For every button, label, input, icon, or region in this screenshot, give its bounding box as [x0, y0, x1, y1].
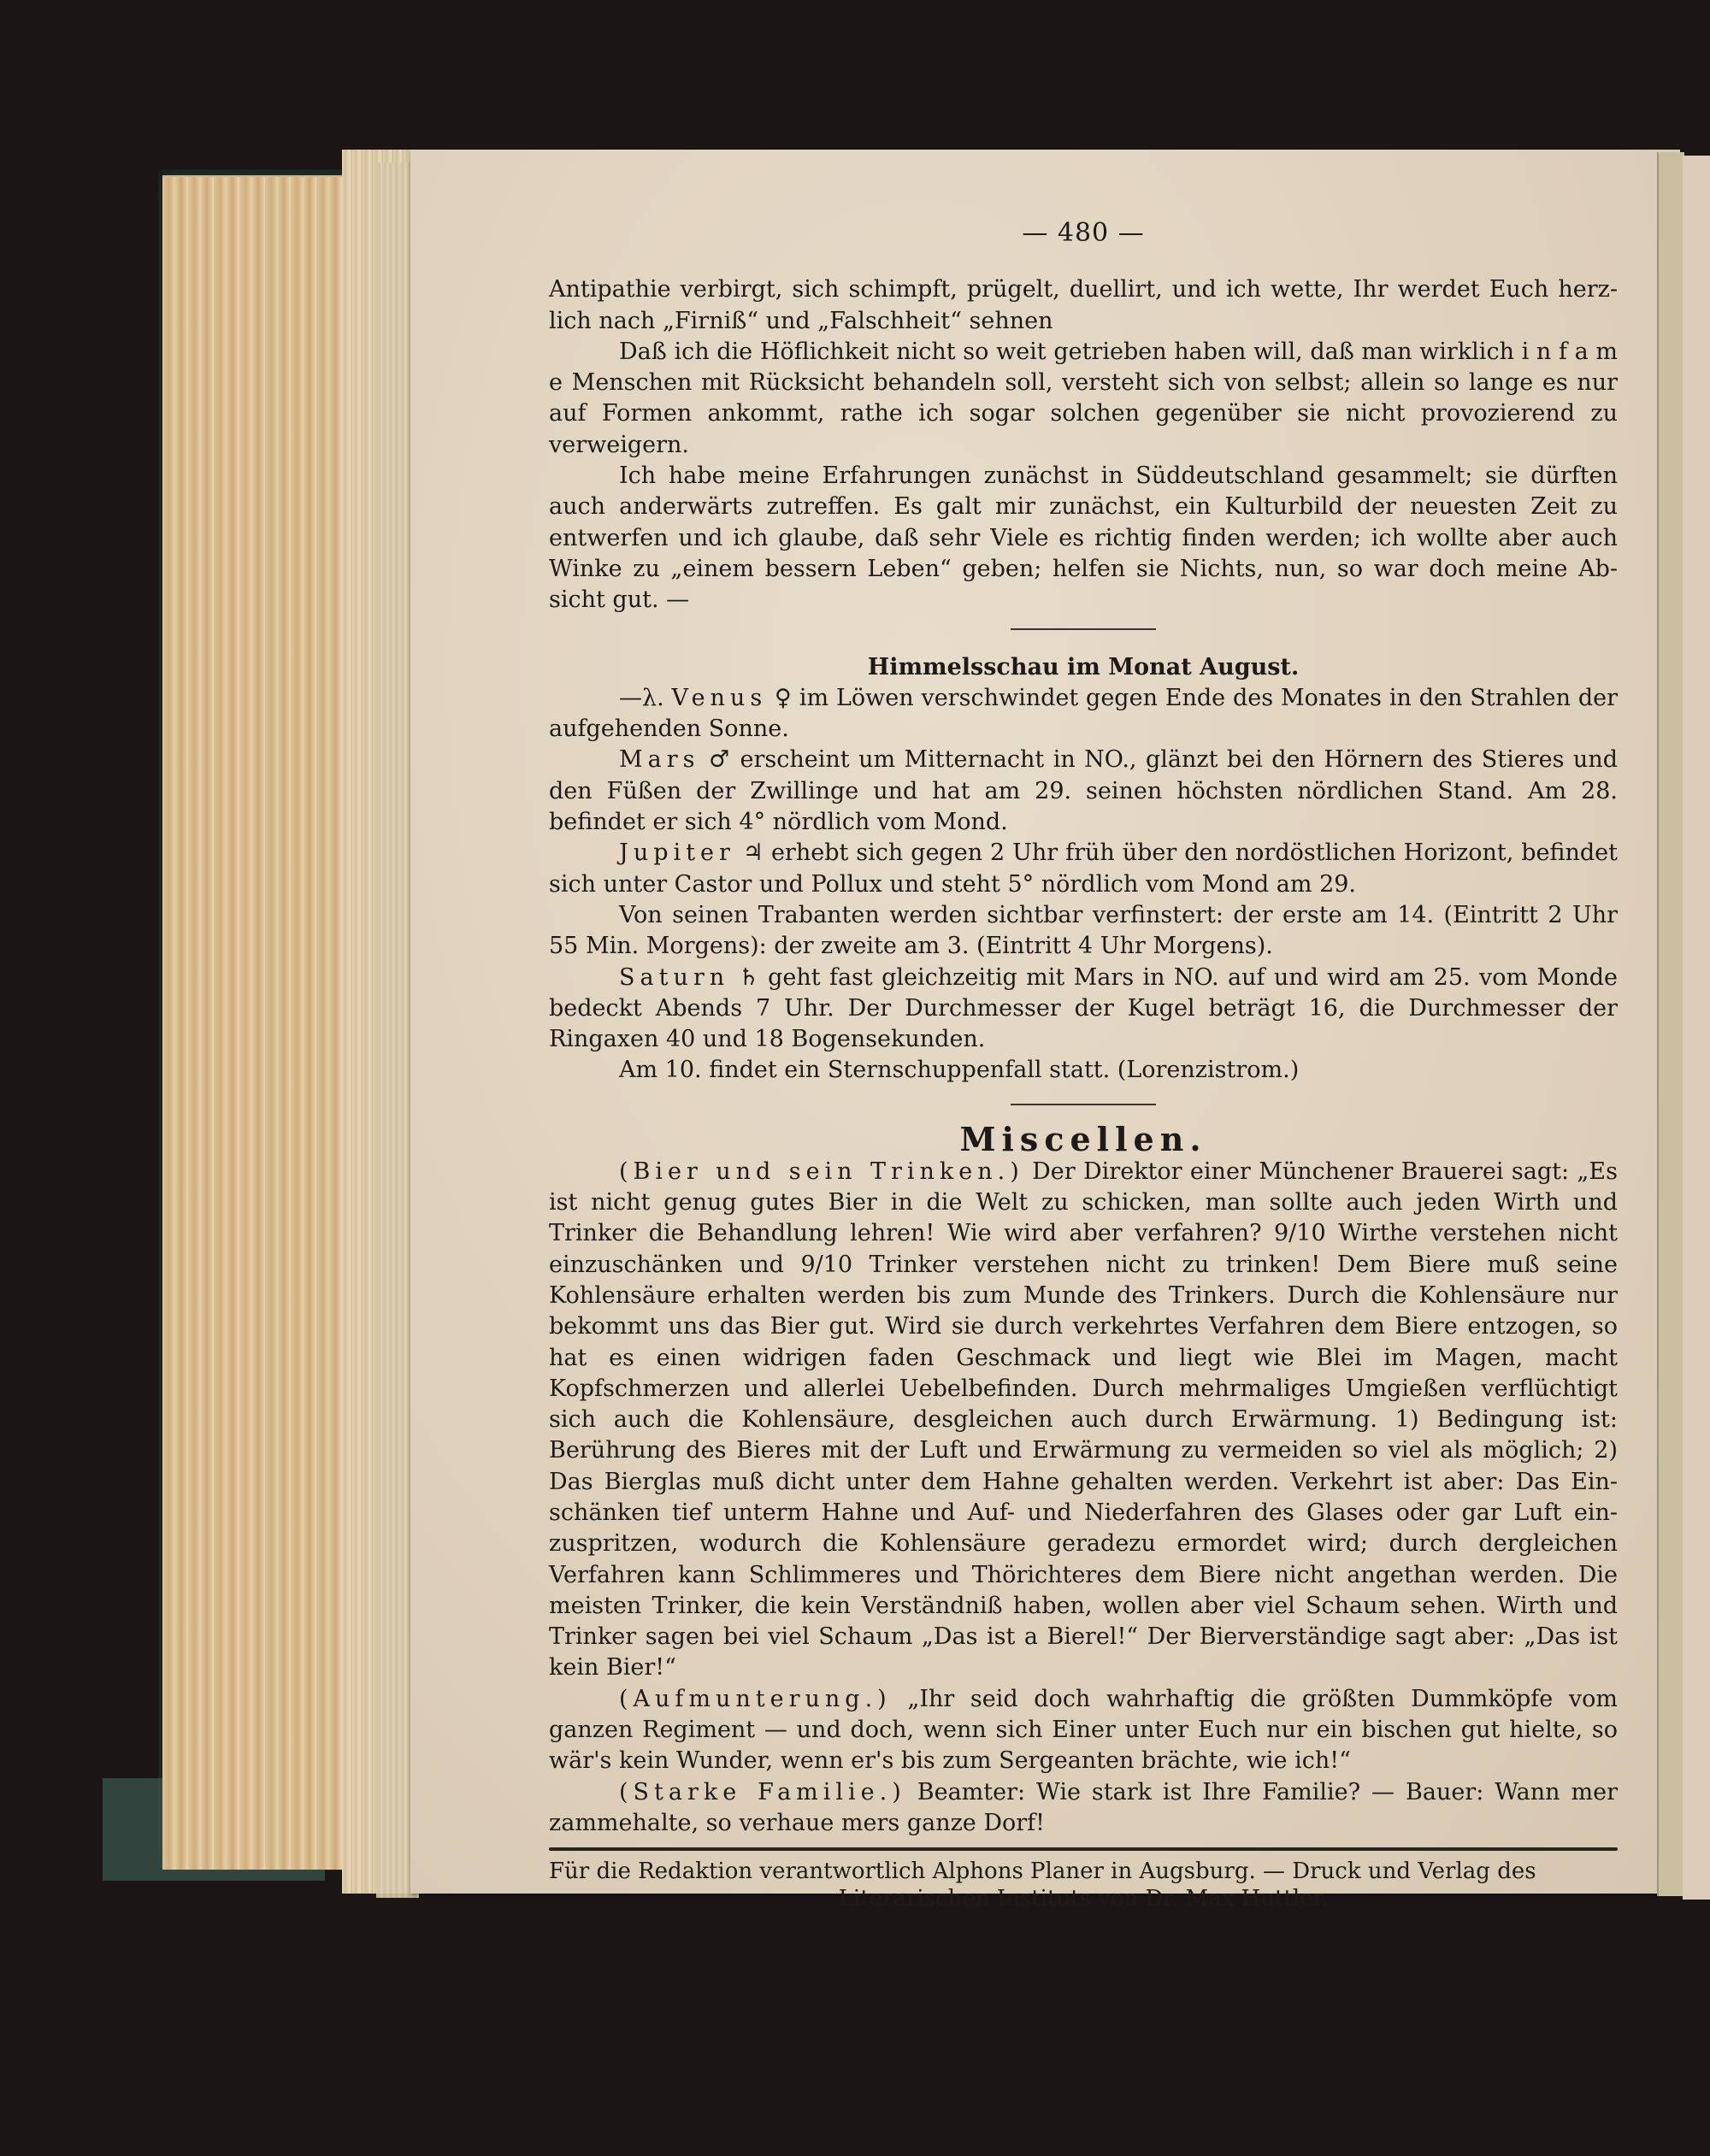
planet-name: Jupiter	[619, 839, 735, 866]
misc-item-encouragement: (Aufmunterung.) „Ihr seid doch wahrhafti…	[549, 1684, 1618, 1777]
misc-item-heading: (Aufmunterung.)	[619, 1686, 892, 1712]
intro-paragraph: Daß ich die Höflichkeit nicht so weit ge…	[549, 337, 1618, 461]
sky-section-title: Himmelsschau im Monat August.	[549, 652, 1618, 683]
imprint-line-2: Literarischen Instituts von Dr. Max Hutt…	[549, 1885, 1618, 1912]
sky-paragraph-meteor: Am 10. findet ein Sternschuppenfall stat…	[549, 1055, 1618, 1086]
facing-page-edge	[1683, 156, 1710, 1900]
sky-paragraph-mars: Mars ♂ erscheint um Mitternacht in NO., …	[549, 745, 1618, 838]
lead-marker: —λ.	[619, 685, 672, 711]
page-number: — 480 —	[549, 218, 1618, 249]
planet-name: Saturn	[619, 964, 729, 991]
page-gutter	[1657, 152, 1684, 1896]
mars-symbol-icon: ♂	[709, 746, 731, 773]
section-divider	[1011, 628, 1156, 630]
intro-paragraph: Antipathie verbirgt, sich schimpft, prüg…	[549, 274, 1618, 337]
sky-paragraph-saturn: Saturn ♄ geht fast gleichzeitig mit Mars…	[549, 963, 1618, 1056]
misc-item-heading: (Bier und sein Trinken.)	[619, 1158, 1024, 1185]
section-divider	[1011, 1104, 1156, 1105]
planet-name: Mars	[619, 746, 700, 773]
saturn-symbol-icon: ♄	[739, 964, 759, 991]
misc-item-beer: (Bier und sein Trinken.) Der Direktor ei…	[549, 1157, 1618, 1684]
imprint-line-1: Für die Redaktion verantwortlich Alphons…	[549, 1858, 1618, 1885]
imprint-footer: Für die Redaktion verantwortlich Alphons…	[549, 1858, 1618, 1912]
page-edges-stack	[162, 175, 359, 1870]
jupiter-symbol-icon: ♃	[743, 839, 764, 866]
intro-paragraph: Ich habe meine Erfahrungen zunächst in S…	[549, 461, 1618, 616]
venus-symbol-icon: ♀	[775, 685, 792, 711]
sky-paragraph-jupiter: Jupiter ♃ erhebt sich gegen 2 Uhr früh ü…	[549, 838, 1618, 900]
misc-item-text: Der Direktor einer Münchener Brauerei sa…	[549, 1158, 1618, 1682]
misc-item-family: (Starke Familie.) Beamter: Wie stark ist…	[549, 1777, 1618, 1840]
misc-item-heading: (Starke Familie.)	[619, 1779, 906, 1806]
misc-section-title: Miscellen.	[549, 1122, 1618, 1157]
footer-rule	[549, 1847, 1618, 1851]
page-text: — 480 — Antipathie verbirgt, sich schimp…	[549, 218, 1618, 1912]
planet-name: Venus	[672, 685, 768, 711]
sky-paragraph-venus: —λ. Venus ♀ im Löwen verschwindet gegen …	[549, 683, 1618, 745]
sky-paragraph-trabanten: Von seinen Trabanten werden sichtbar ver…	[549, 900, 1618, 963]
